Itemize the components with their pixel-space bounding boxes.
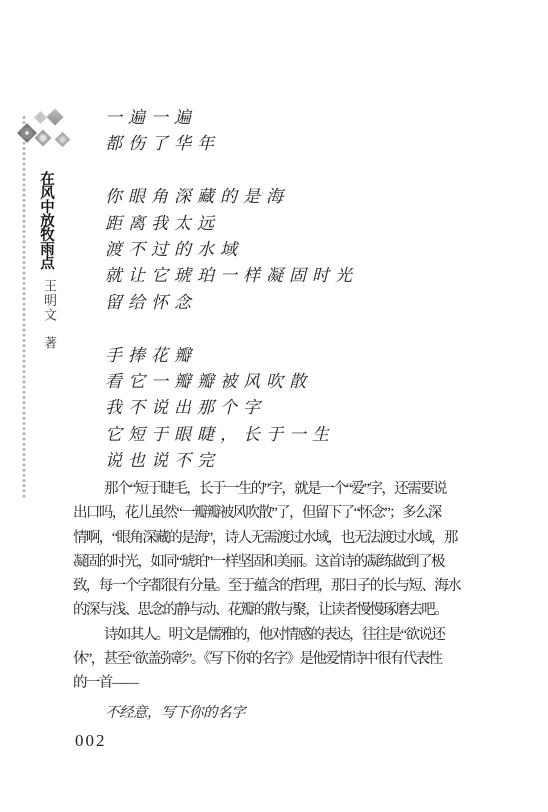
- poem-line: 一遍一遍: [75, 105, 515, 131]
- poem-line: 留给怀念: [75, 290, 515, 316]
- commentary-line: 休”，甚至“欲盖弥彰”。《写下你的名字》是他爱情诗中很有代表性: [73, 647, 493, 671]
- page-number: 002: [75, 731, 107, 751]
- poem-line: 它短于眼睫，长于一生: [75, 422, 515, 448]
- poem-line: 距离我太远: [75, 211, 515, 237]
- poem-line: 看它一瓣瓣被风吹散: [75, 369, 515, 395]
- closing-poem-line: 不经意，写下你的名字: [105, 701, 245, 722]
- diamond-ornament-icon: [55, 132, 71, 148]
- commentary-line: 那个“短于睫毛，长于一生的”字，就是一个“爱”字，还需要说: [73, 477, 493, 501]
- commentary-paragraph: 诗如其人。明文是儒雅的，他对情感的表达，往往是“欲说还休”，甚至“欲盖弥彰”。《…: [73, 623, 493, 696]
- commentary-line: 的一首——: [73, 671, 493, 695]
- diamond-ornament-icon: [17, 123, 37, 143]
- poem-line: 都伤了华年: [75, 131, 515, 157]
- commentary-line: 的深与浅、思念的静与动、花瓣的散与聚，让读者慢慢琢磨去吧。: [73, 598, 493, 622]
- book-page: 在风中放牧雨点 王明文 著 一遍一遍都伤了华年 你眼角深藏的是海距离我太远渡不过…: [0, 0, 548, 812]
- diamond-ornament-icon: [47, 109, 64, 126]
- poem-stanza: 手捧花瓣看它一瓣瓣被风吹散我不说出那个字它短于眼睫，长于一生说也说不完: [75, 343, 515, 475]
- poem-stanza: 一遍一遍都伤了华年: [75, 105, 515, 158]
- beaded-line-ornament: [22, 115, 26, 500]
- poem-excerpt: 一遍一遍都伤了华年 你眼角深藏的是海距离我太远渡不过的水域就让它琥珀一样凝固时光…: [75, 105, 515, 474]
- author-role: 著: [40, 336, 59, 349]
- poem-line: 手捧花瓣: [75, 343, 515, 369]
- author-name: 王明文: [40, 279, 59, 323]
- diamond-ornament-icon: [35, 130, 52, 147]
- commentary-line: 凝固的时光，如同“琥珀”一样坚固和美丽。这首诗的凝练做到了极: [73, 550, 493, 574]
- commentary-line: 情啊，“眼角深藏的是海”，诗人无需渡过水域，也无法渡过水域，那: [73, 526, 493, 550]
- poem-line: 渡不过的水域: [75, 237, 515, 263]
- commentary-line: 诗如其人。明文是儒雅的，他对情感的表达，往往是“欲说还: [73, 623, 493, 647]
- poem-stanza: 你眼角深藏的是海距离我太远渡不过的水域就让它琥珀一样凝固时光留给怀念: [75, 184, 515, 316]
- commentary-line: 致，每一个字都很有分量。至于蕴含的哲理，那日子的长与短、海水: [73, 574, 493, 598]
- poem-line: 就让它琥珀一样凝固时光: [75, 263, 515, 289]
- commentary-line: 出口吗，花儿虽然“一瓣瓣被风吹散”了，但留下了“怀念”；多么深: [73, 501, 493, 525]
- poem-line: 你眼角深藏的是海: [75, 184, 515, 210]
- book-title-vertical: 在风中放牧雨点: [36, 171, 57, 269]
- poem-line: 说也说不完: [75, 448, 515, 474]
- diamond-ornament-icon: [34, 111, 47, 124]
- poem-line: 我不说出那个字: [75, 395, 515, 421]
- commentary-paragraph: 那个“短于睫毛，长于一生的”字，就是一个“爱”字，还需要说出口吗，花儿虽然“一瓣…: [73, 477, 493, 623]
- commentary-block: 那个“短于睫毛，长于一生的”字，就是一个“爱”字，还需要说出口吗，花儿虽然“一瓣…: [73, 477, 493, 696]
